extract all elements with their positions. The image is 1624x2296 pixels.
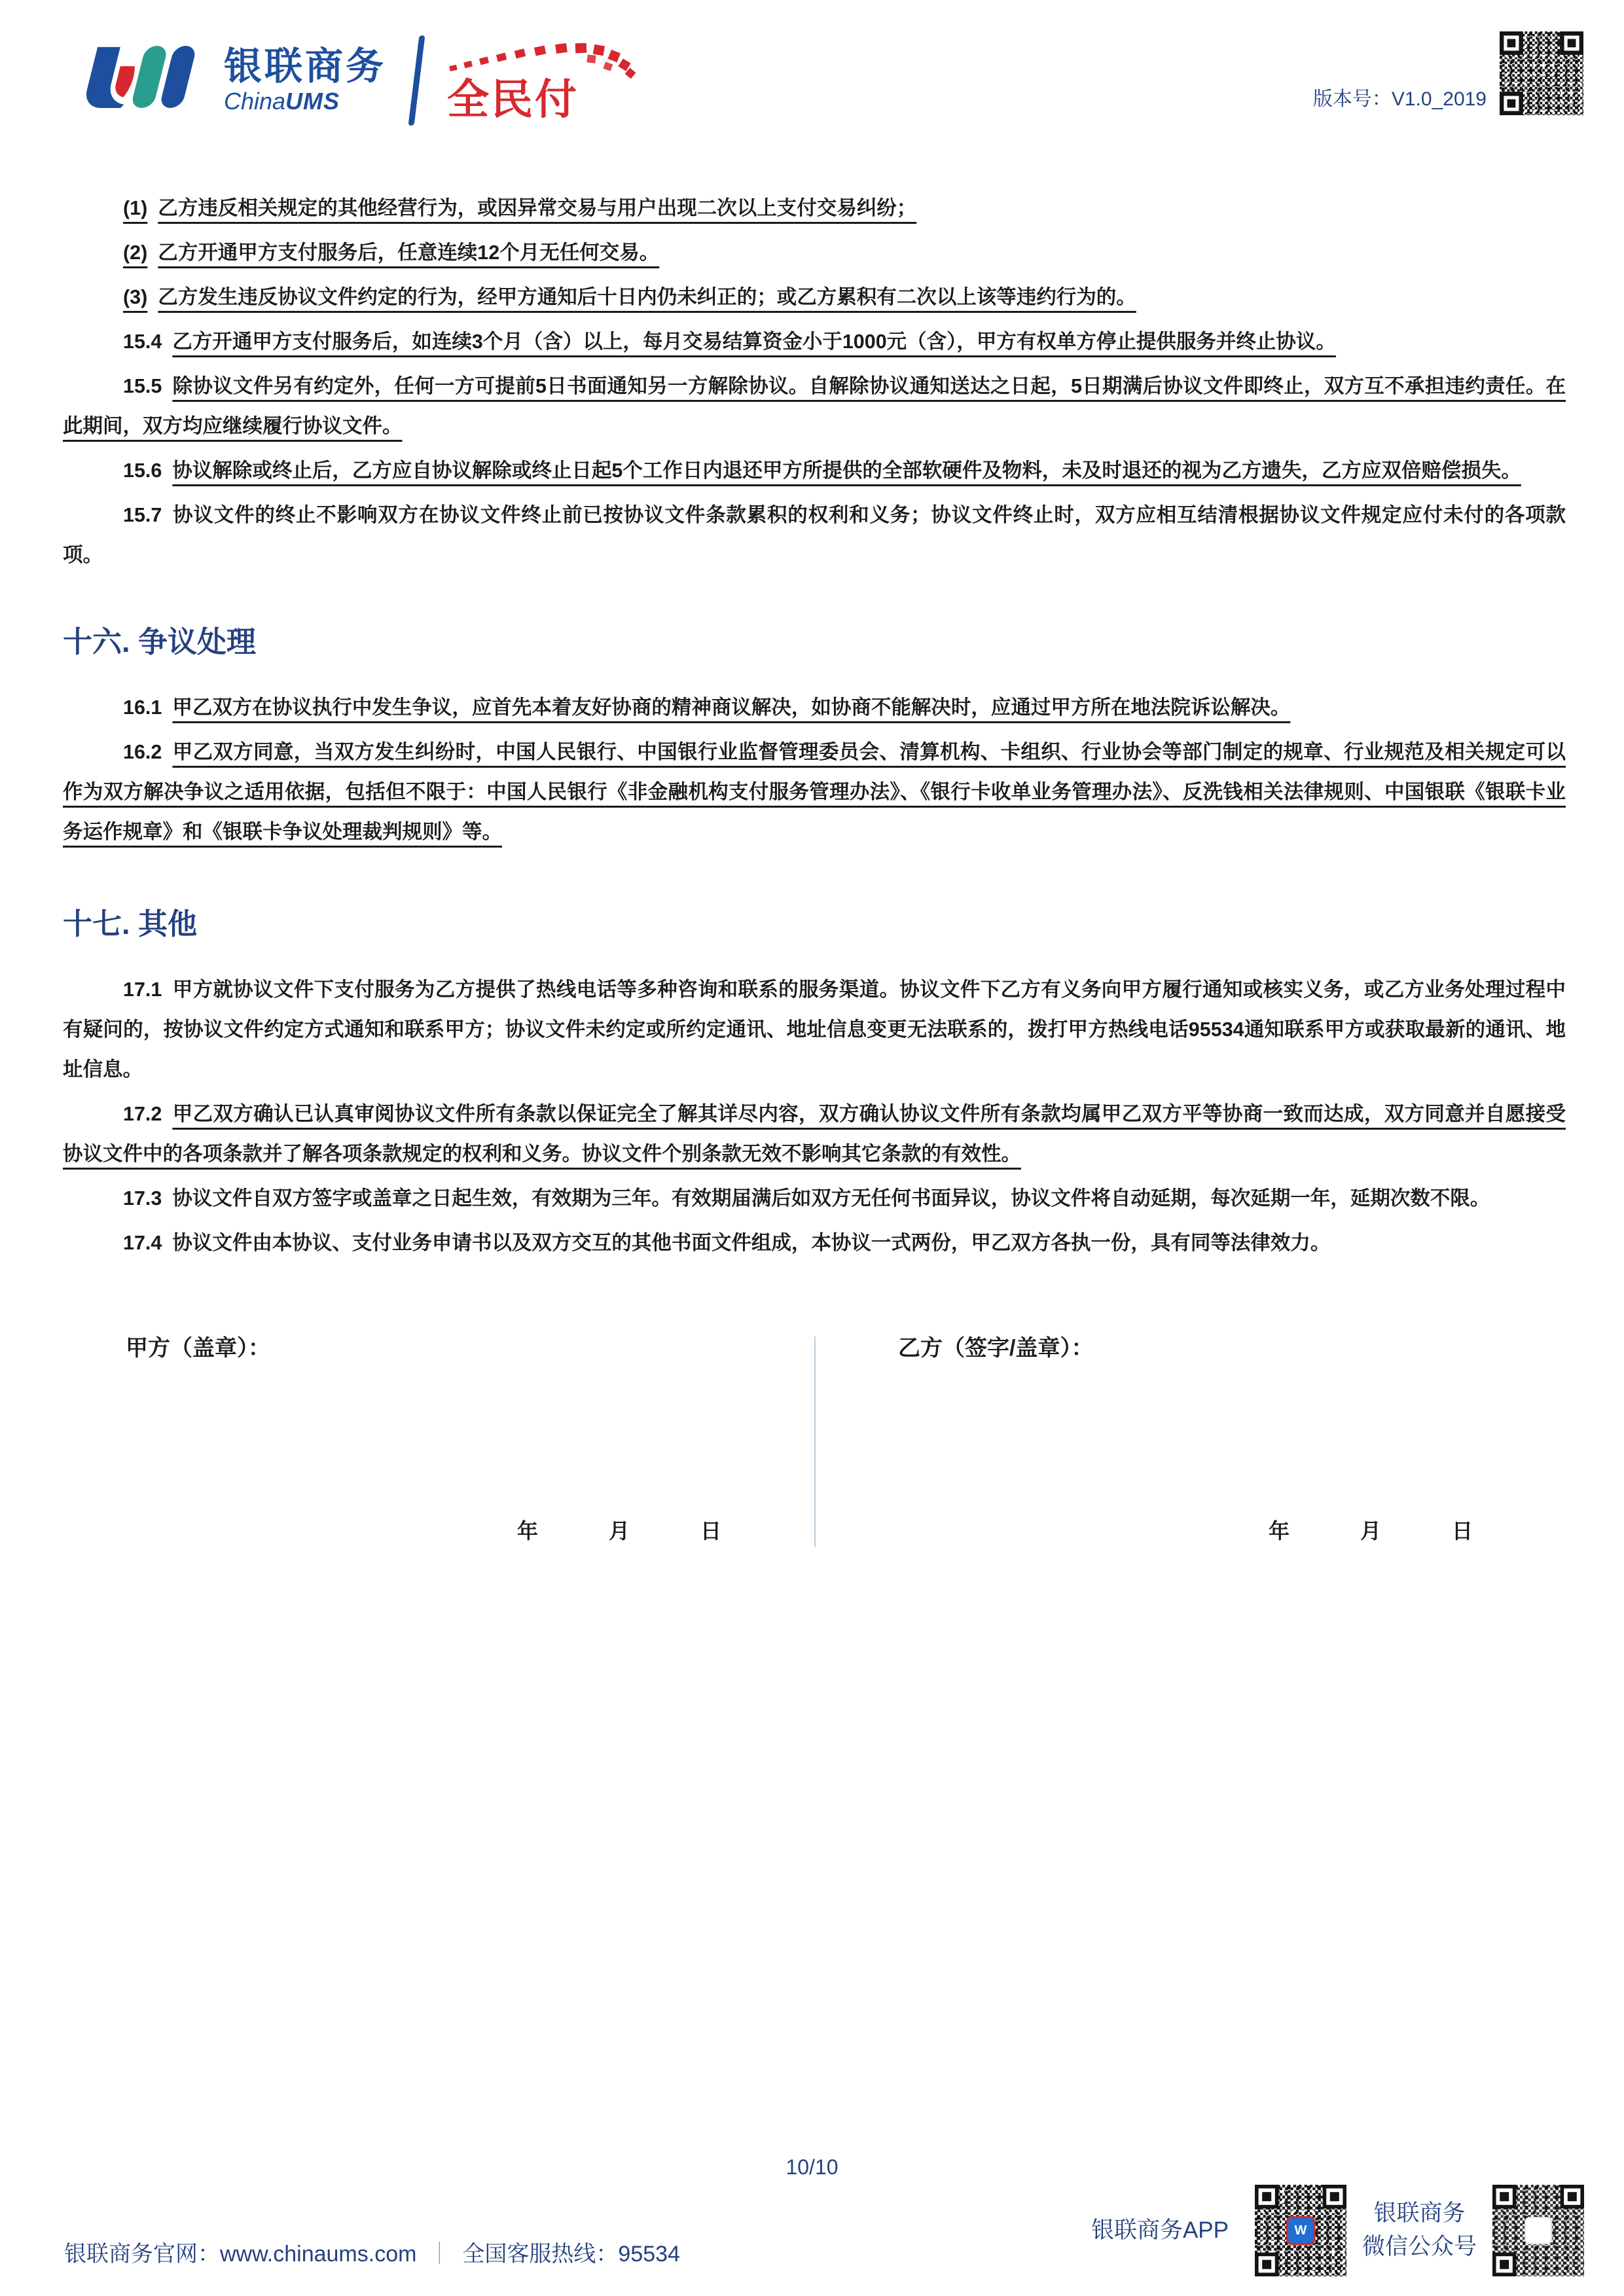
checkered-flag-icon [447, 41, 643, 79]
brand-wordmark: 银联商务 ChinaUMS [224, 48, 386, 113]
contract-page: 银联商务 ChinaUMS [0, 0, 1624, 2296]
month-label: 月 [1360, 1511, 1381, 1551]
day-label: 日 [700, 1511, 721, 1551]
clause-15-4: 15.4乙方开通甲方支付服务后，如连续3个月（含）以上，每月交易结算资金小于10… [63, 322, 1566, 362]
clause-text: 协议文件由本协议、支付业务申请书以及双方交互的其他书面文件组成，本协议一式两份，… [172, 1232, 1330, 1254]
website-label: 银联商务官网： [64, 2242, 220, 2267]
clause-list-item-3: (3)乙方发生违反协议文件约定的行为，经甲方通知后十日内仍未纠正的；或乙方累积有… [63, 278, 1566, 317]
month-label: 月 [609, 1511, 630, 1551]
clause-text: 乙方发生违反协议文件约定的行为，经甲方通知后十日内仍未纠正的；或乙方累积有二次以… [158, 286, 1136, 308]
section-17-title: 十七. 其他 [63, 905, 1566, 944]
party-a-date-line: 年 月 日 [517, 1511, 721, 1551]
clause-number: 15.6 [123, 459, 162, 482]
footer-contact-line: 银联商务官网：www.chinaums.com｜全国客服热线：95534 [64, 2236, 680, 2268]
clause-number: (3) [123, 286, 147, 308]
clause-16-1: 16.1甲乙双方在协议执行中发生争议，应首先本着友好协商的精神商议解决，如协商不… [63, 688, 1566, 728]
header-right: 版本号：V1.0_2019 [1313, 31, 1583, 115]
app-qr-label: 银联商务APP [1091, 2214, 1229, 2248]
wechat-qr-code: W [1492, 2185, 1584, 2276]
hotline-label: 全国客服热线： [462, 2242, 618, 2267]
year-label: 年 [1269, 1511, 1290, 1551]
clause-15-7: 15.7协议文件的终止不影响双方在协议文件终止前已按协议文件条款累积的权利和义务… [63, 495, 1566, 575]
clause-17-2: 17.2甲乙双方确认已认真审阅协议文件所有条款以保证完全了解其详尽内容，双方确认… [63, 1094, 1566, 1174]
clause-number: 16.1 [123, 696, 162, 719]
website-url: www.chinaums.com [220, 2242, 416, 2267]
clause-number: (1) [123, 197, 147, 219]
contract-body: (1)乙方违反相关规定的其他经营行为，或因异常交易与用户出现二次以上支付交易纠纷… [63, 188, 1566, 1570]
clause-text: 甲方就协议文件下支付服务为乙方提供了热线电话等多种咨询和联系的服务渠道。协议文件… [63, 978, 1566, 1081]
hotline-number: 95534 [618, 2242, 680, 2267]
year-label: 年 [517, 1511, 538, 1551]
clause-17-4: 17.4协议文件由本协议、支付业务申请书以及双方交互的其他书面文件组成，本协议一… [63, 1223, 1566, 1263]
clause-number: 15.5 [123, 375, 162, 397]
clause-list-item-2: (2)乙方开通甲方支付服务后，任意连续12个月无任何交易。 [63, 233, 1566, 273]
wechat-qr-label: 银联商务 微信公众号 [1362, 2197, 1477, 2264]
brand-name-cn: 银联商务 [224, 48, 386, 86]
clause-text: 协议文件的终止不影响双方在协议文件终止前已按协议文件条款累积的权利和义务；协议文… [63, 504, 1566, 566]
section-16-title: 十六. 争议处理 [63, 622, 1566, 662]
clause-15-6: 15.6协议解除或终止后，乙方应自协议解除或终止日起5个工作日内退还甲方所提供的… [63, 451, 1566, 491]
page-header: 银联商务 ChinaUMS [64, 31, 1583, 130]
party-a-label: 甲方（盖章）： [63, 1334, 814, 1363]
clause-text: 甲乙双方确认已认真审阅协议文件所有条款以保证完全了解其详尽内容，双方确认协议文件… [63, 1103, 1566, 1165]
clause-list-item-1: (1)乙方违反相关规定的其他经营行为，或因异常交易与用户出现二次以上支付交易纠纷… [63, 188, 1566, 228]
party-b-label: 乙方（签字/盖章）： [814, 1334, 1566, 1363]
clause-text: 乙方违反相关规定的其他经营行为，或因异常交易与用户出现二次以上支付交易纠纷； [158, 197, 916, 219]
clause-number: 17.2 [123, 1103, 162, 1125]
brand-logo-group: 银联商务 ChinaUMS [64, 31, 643, 130]
clause-text: 甲乙双方同意，当双方发生纠纷时，中国人民银行、中国银行业监督管理委员会、清算机构… [63, 741, 1566, 843]
version-label: 版本号：V1.0_2019 [1313, 82, 1487, 111]
clause-number: (2) [123, 242, 147, 264]
signature-area: 甲方（盖章）： 年 月 日 乙方（签字/盖章）： 年 月 日 [63, 1334, 1566, 1570]
clause-text: 协议解除或终止后，乙方应自协议解除或终止日起5个工作日内退还甲方所提供的全部软硬… [172, 459, 1521, 482]
clause-number: 16.2 [123, 741, 162, 763]
clause-text: 甲乙双方在协议执行中发生争议，应首先本着友好协商的精神商议解决，如协商不能解决时… [172, 696, 1290, 719]
footer-separator: ｜ [428, 2242, 450, 2267]
clause-number: 17.4 [123, 1232, 162, 1254]
party-a-signature-block: 甲方（盖章）： 年 月 日 [63, 1334, 814, 1570]
clause-number: 15.7 [123, 504, 162, 526]
app-qr-code: W [1255, 2185, 1346, 2276]
clause-number: 17.3 [123, 1187, 162, 1210]
clause-text: 除协议文件另有约定外，任何一方可提前5日书面通知另一方解除协议。自解除协议通知送… [63, 375, 1566, 437]
clause-number: 17.1 [123, 978, 162, 1001]
clause-16-2: 16.2甲乙双方同意，当双方发生纠纷时，中国人民银行、中国银行业监督管理委员会、… [63, 732, 1566, 852]
page-footer: 银联商务官网：www.chinaums.com｜全国客服热线：95534 银联商… [64, 2181, 1584, 2280]
chinaums-mini-logo-icon: W [1525, 2217, 1552, 2244]
page-number: 10/10 [0, 2155, 1624, 2179]
clause-17-3: 17.3协议文件自双方签字或盖章之日起生效，有效期为三年。有效期届满后如双方无任… [63, 1179, 1566, 1219]
logo-divider [408, 35, 425, 126]
brand-name-en: ChinaUMS [224, 90, 386, 113]
clause-15-5: 15.5除协议文件另有约定外，任何一方可提前5日书面通知另一方解除协议。自解除协… [63, 367, 1566, 446]
header-qr-code [1500, 31, 1583, 115]
product-name: 全民付 [447, 79, 579, 120]
app-icon: W [1286, 2216, 1315, 2245]
product-logo-group: 全民付 [447, 41, 643, 120]
clause-text: 乙方开通甲方支付服务后，任意连续12个月无任何交易。 [158, 242, 659, 264]
party-b-signature-block: 乙方（签字/盖章）： 年 月 日 [814, 1334, 1566, 1570]
day-label: 日 [1452, 1511, 1473, 1551]
chinaums-logo-icon [64, 39, 202, 122]
party-b-date-line: 年 月 日 [1269, 1511, 1473, 1551]
clause-text: 乙方开通甲方支付服务后，如连续3个月（含）以上，每月交易结算资金小于1000元（… [172, 331, 1336, 353]
clause-text: 协议文件自双方签字或盖章之日起生效，有效期为三年。有效期届满后如双方无任何书面异… [172, 1187, 1490, 1210]
clause-number: 15.4 [123, 331, 162, 353]
footer-qr-group: 银联商务APP W 银联商务 微信公众号 [1091, 2185, 1584, 2276]
clause-17-1: 17.1甲方就协议文件下支付服务为乙方提供了热线电话等多种咨询和联系的服务渠道。… [63, 970, 1566, 1090]
